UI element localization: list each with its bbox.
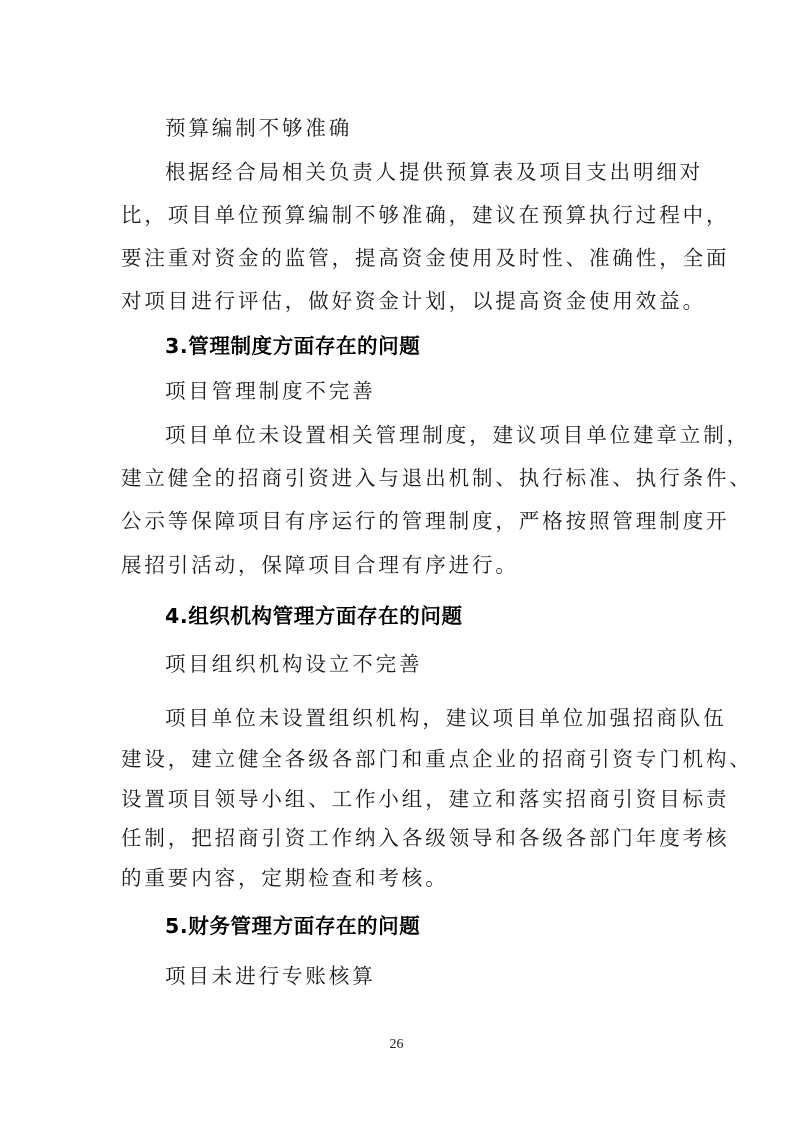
paragraph-line: 展招引活动，保障项目合理有序进行。 (121, 553, 681, 577)
paragraph-line: 项目单位未设置相关管理制度，建议项目单位建章立制， (165, 423, 725, 447)
section-heading-5: 5.财务管理方面存在的问题 (165, 914, 725, 938)
subheading-mgmt-system: 项目管理制度不完善 (165, 379, 725, 403)
paragraph-line: 要注重对资金的监管，提高资金使用及时性、准确性，全面 (121, 246, 681, 270)
page-number: 26 (0, 1037, 793, 1053)
paragraph-line: 对项目进行评估，做好资金计划，以提高资金使用效益。 (121, 289, 681, 313)
document-page: 预算编制不够准确 根据经合局相关负责人提供预算表及项目支出明细对 比，项目单位预… (0, 0, 793, 1122)
paragraph-line: 公示等保障项目有序运行的管理制度，严格按照管理制度开 (121, 509, 681, 533)
paragraph-line: 的重要内容，定期检查和考核。 (121, 866, 681, 890)
paragraph-line: 任制，把招商引资工作纳入各级领导和各级各部门年度考核 (121, 826, 681, 850)
paragraph-line: 建设，建立健全各级各部门和重点企业的招商引资专门机构、 (121, 747, 681, 771)
subheading-no-dedicated-account: 项目未进行专账核算 (165, 964, 725, 988)
section-heading-4: 4.组织机构管理方面存在的问题 (165, 604, 725, 628)
section-heading-3: 3.管理制度方面存在的问题 (165, 334, 725, 358)
paragraph-line: 根据经合局相关负责人提供预算表及项目支出明细对 (165, 160, 725, 184)
paragraph-line: 项目单位未设置组织机构，建议项目单位加强招商队伍 (165, 706, 725, 730)
paragraph-line: 建立健全的招商引资进入与退出机制、执行标准、执行条件、 (121, 466, 681, 490)
paragraph-line: 设置项目领导小组、工作小组，建立和落实招商引资目标责 (121, 787, 681, 811)
subheading-budget-inaccurate: 预算编制不够准确 (165, 116, 725, 140)
paragraph-line: 比，项目单位预算编制不够准确，建议在预算执行过程中， (121, 203, 681, 227)
subheading-org-structure: 项目组织机构设立不完善 (165, 652, 725, 676)
